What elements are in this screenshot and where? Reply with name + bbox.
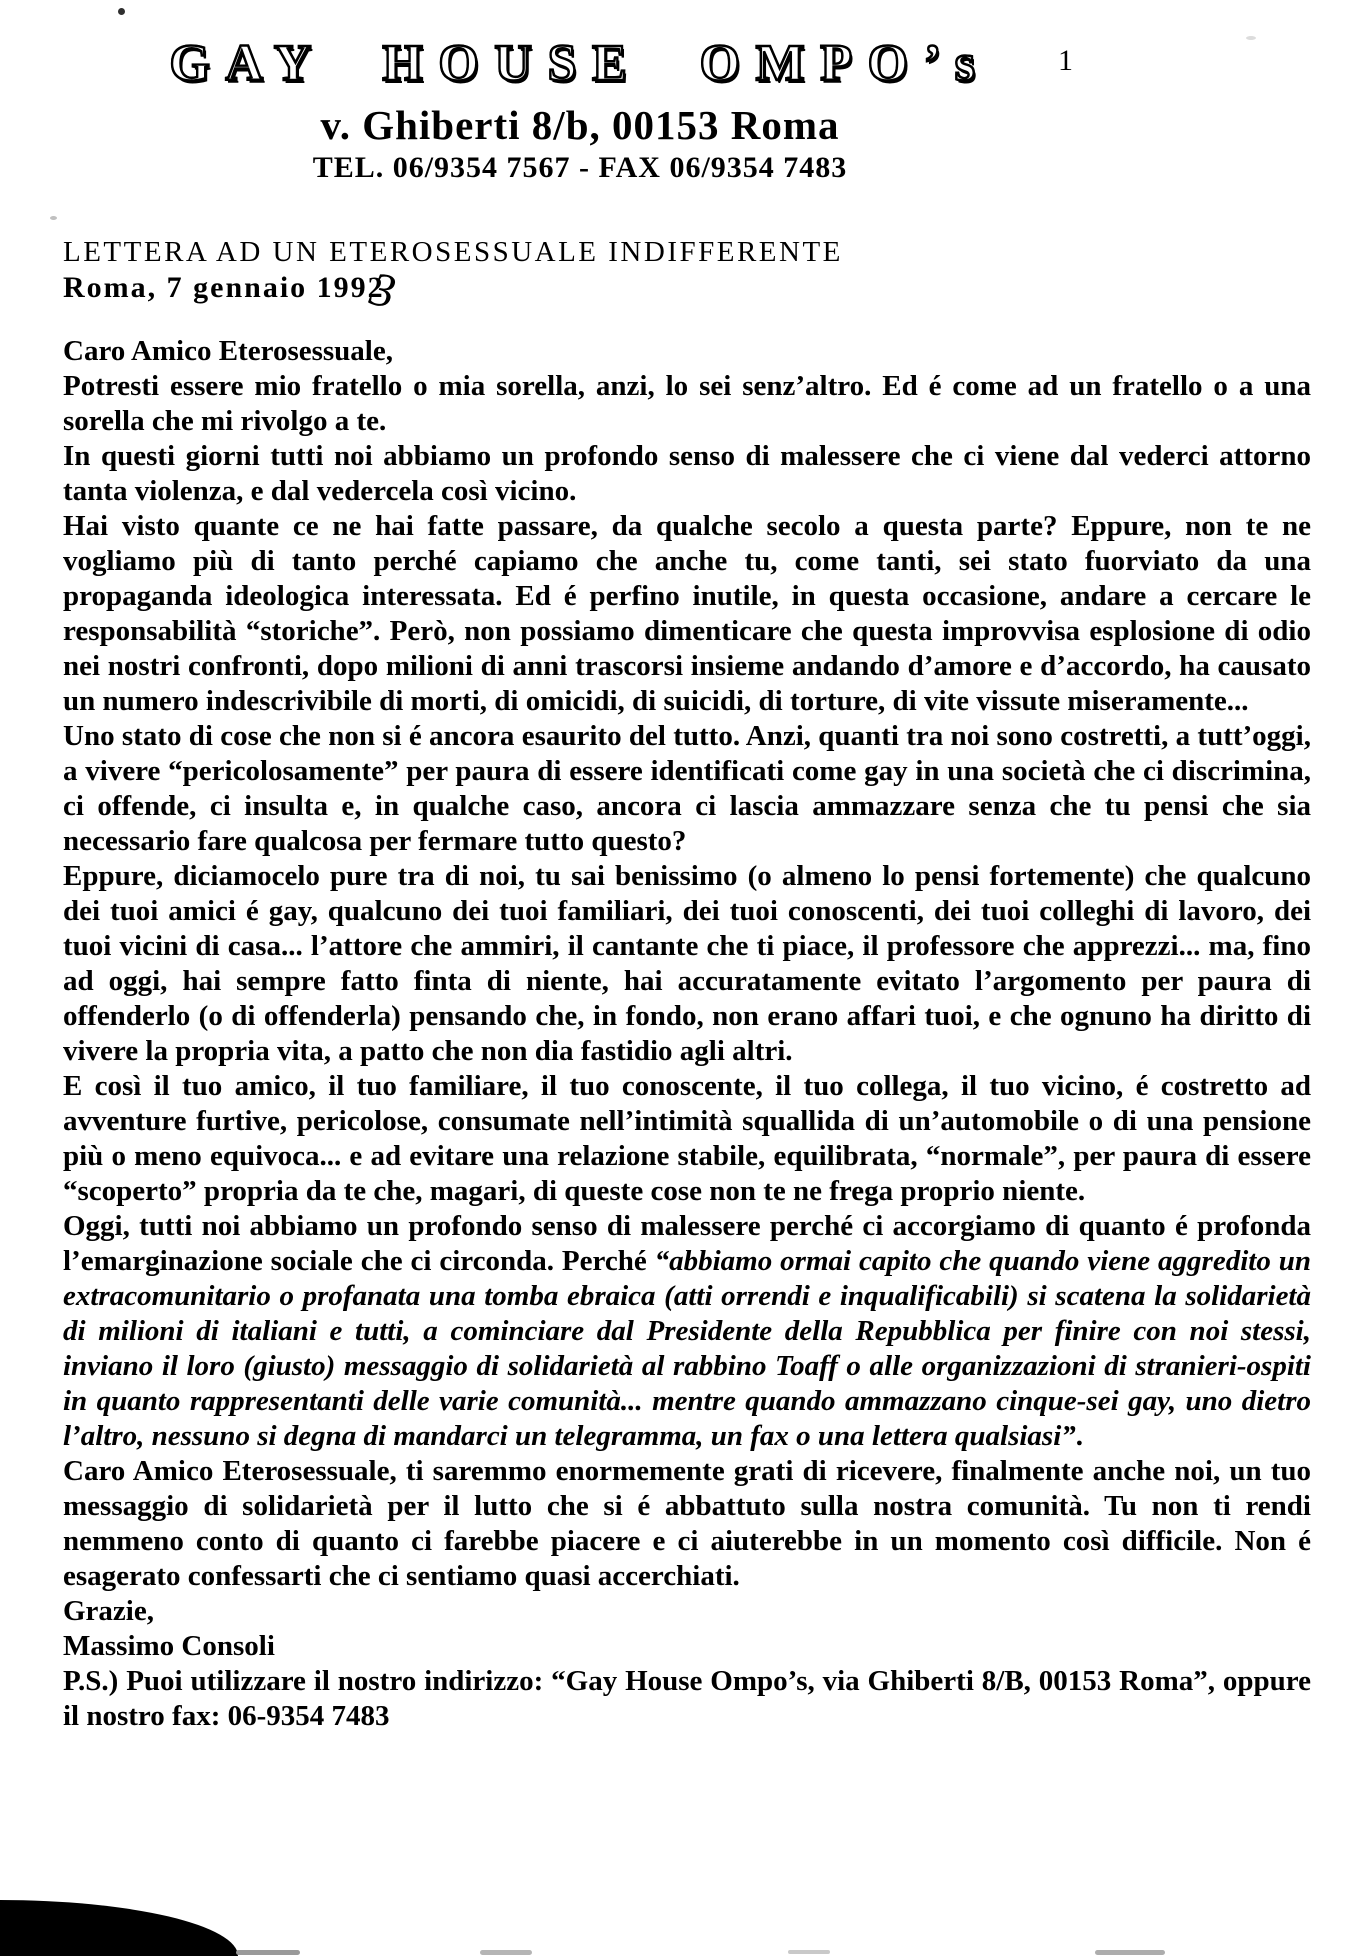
scan-smudge bbox=[788, 1950, 830, 1954]
letter-paragraph: Massimo Consoli bbox=[63, 1629, 1311, 1664]
paragraph-text: Caro Amico Eterosessuale, bbox=[63, 335, 393, 367]
scanned-letter-page: GAY HOUSE OMPO’s v. Ghiberti 8/b, 00153 … bbox=[0, 0, 1370, 1956]
letter-paragraph: Hai visto quante ce ne hai fatte passare… bbox=[63, 509, 1311, 719]
paragraph-text: Uno stato di cose che non si é ancora es… bbox=[63, 720, 1311, 857]
paragraph-text: Hai visto quante ce ne hai fatte passare… bbox=[63, 510, 1311, 717]
org-address: v. Ghiberti 8/b, 00153 Roma bbox=[0, 101, 1160, 149]
letter-paragraph: Caro Amico Eterosessuale, ti saremmo eno… bbox=[63, 1454, 1311, 1594]
letter-paragraph: Caro Amico Eterosessuale, bbox=[63, 334, 1311, 369]
letter-paragraph: Oggi, tutti noi abbiamo un profondo sens… bbox=[63, 1209, 1311, 1454]
letter-subject: LETTERA AD UN ETEROSESSUALE INDIFFERENTE bbox=[63, 236, 843, 269]
scan-speck bbox=[50, 216, 57, 220]
paragraph-text: Potresti essere mio fratello o mia sorel… bbox=[63, 370, 1311, 437]
letter-date-typed: Roma, 7 gennaio 1992 bbox=[63, 271, 385, 304]
paragraph-text: P.S.) Puoi utilizzare il nostro indirizz… bbox=[63, 1665, 1311, 1732]
page-number: 1 bbox=[1058, 44, 1073, 78]
paragraph-text: Caro Amico Eterosessuale, ti saremmo eno… bbox=[63, 1455, 1311, 1592]
letter-paragraph: Potresti essere mio fratello o mia sorel… bbox=[63, 369, 1311, 439]
scan-smudge bbox=[1095, 1950, 1165, 1955]
org-phone-fax: TEL. 06/9354 7567 - FAX 06/9354 7483 bbox=[0, 151, 1160, 185]
scan-speck bbox=[1246, 36, 1256, 40]
letter-paragraph: E così il tuo amico, il tuo familiare, i… bbox=[63, 1069, 1311, 1209]
handwritten-year-correction: 3 bbox=[371, 289, 396, 294]
scan-speck bbox=[118, 8, 125, 15]
org-logo: GAY HOUSE OMPO’s bbox=[0, 34, 1160, 93]
letter-date: Roma, 7 gennaio 19923 bbox=[63, 271, 411, 305]
paragraph-text: . bbox=[1076, 1420, 1083, 1452]
letter-paragraph: Eppure, diciamocelo pure tra di noi, tu … bbox=[63, 859, 1311, 1069]
letter-paragraph: Uno stato di cose che non si é ancora es… bbox=[63, 719, 1311, 859]
paragraph-text: In questi giorni tutti noi abbiamo un pr… bbox=[63, 440, 1311, 507]
paragraph-text: E così il tuo amico, il tuo familiare, i… bbox=[63, 1070, 1311, 1207]
scan-smudge bbox=[236, 1950, 300, 1955]
letter-paragraph: Grazie, bbox=[63, 1594, 1311, 1629]
paragraph-text: Eppure, diciamocelo pure tra di noi, tu … bbox=[63, 860, 1311, 1067]
letter-body: Caro Amico Eterosessuale,Potresti essere… bbox=[63, 334, 1311, 1734]
scan-corner-artifact bbox=[0, 1900, 238, 1956]
letterhead: GAY HOUSE OMPO’s v. Ghiberti 8/b, 00153 … bbox=[0, 34, 1160, 185]
paragraph-text: Grazie, bbox=[63, 1595, 154, 1627]
letter-paragraph: P.S.) Puoi utilizzare il nostro indirizz… bbox=[63, 1664, 1311, 1734]
scan-smudge bbox=[480, 1950, 532, 1955]
paragraph-text: Massimo Consoli bbox=[63, 1630, 275, 1662]
letter-paragraph: In questi giorni tutti noi abbiamo un pr… bbox=[63, 439, 1311, 509]
